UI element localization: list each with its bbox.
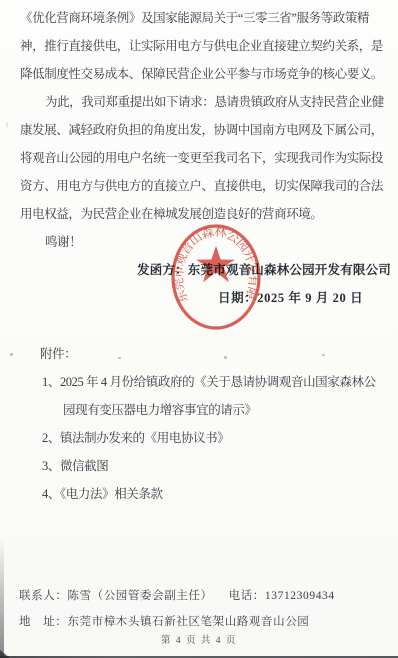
contact-person: 联系人：陈雪（公园管委会副主任） [19,587,213,603]
scan-edge-left [0,538,4,658]
paragraph2-line: 康发展、减轻政府负担的角度出发，协调中国南方电网及下属公司， [20,115,387,143]
paragraph2-line: 用电权益，为民营企业在樟城发展创造良好的营商环境。 [20,199,387,227]
scan-speck [224,356,227,359]
spacer-line [20,311,387,339]
attachment-item-3: 3、微信截图 [20,451,387,479]
address-row: 地 址：东莞市樟木头镇石新社区笔架山路观音山公园 [19,608,379,634]
contact-phone: 电话：13712309434 [229,587,335,603]
scan-speck [10,353,13,356]
thanks-line: 鸣谢！ [20,227,387,255]
paragraph1-line: 神，推行直接供电，让实际用电方与供电企业直接建立契约关系，是 [20,31,387,59]
letter-body: 《优化营商环境条例》及国家能源局关于“三零三省”服务等政策精 神，推行直接供电，… [20,3,387,507]
contact-row: 联系人：陈雪（公园管委会副主任） 电话：13712309434 [19,582,379,608]
scan-speck [322,354,325,356]
sender-line: 发函方：东莞市观音山森林公园开发有限公司 [20,255,387,283]
attachment-item-1-continued: 园现有变压器电力增容事宜的请示》 [20,395,387,423]
attachments-label: 附件： [20,339,387,367]
letter-footer: 联系人：陈雪（公园管委会副主任） 电话：13712309434 地 址：东莞市樟… [19,582,379,634]
paragraph2-line: 资方、用电方与供电方的直接立户、直接供电，切实保障我司的合法 [20,171,387,199]
attachment-item-2: 2、镇法制办发来的《用电协议书》 [20,423,387,451]
scan-speck [118,357,121,359]
attachment-item-4: 4、《电力法》相关条款 [20,479,387,507]
scan-corner-shadow [0,650,10,658]
paragraph2-line: 将观音山公园的用电户名统一变更至我司名下，实现我司作为实际投 [20,143,387,171]
page-indicator: 第 4 页 共 4 页 [0,632,398,646]
paragraph2-line: 为此，我司郑重提出如下请求：恳请贵镇政府从支持民营企业健 [20,87,387,115]
date-line: 日期：2025 年 9 月 20 日 [20,283,387,311]
scanned-letter-page: 《优化营商环境条例》及国家能源局关于“三零三省”服务等政策精 神，推行直接供电，… [0,0,398,658]
paragraph1-line: 降低制度性交易成本、保障民营企业公平参与市场竞争的核心要义。 [20,59,387,87]
address-text: 地 址：东莞市樟木头镇石新社区笔架山路观音山公园 [19,613,309,629]
paragraph1-line: 《优化营商环境条例》及国家能源局关于“三零三省”服务等政策精 [20,3,387,31]
scan-speck [6,122,8,128]
attachment-item-1: 1、2025 年 4 月份给镇政府的《关于恳请协调观音山国家森林公 [20,367,387,395]
